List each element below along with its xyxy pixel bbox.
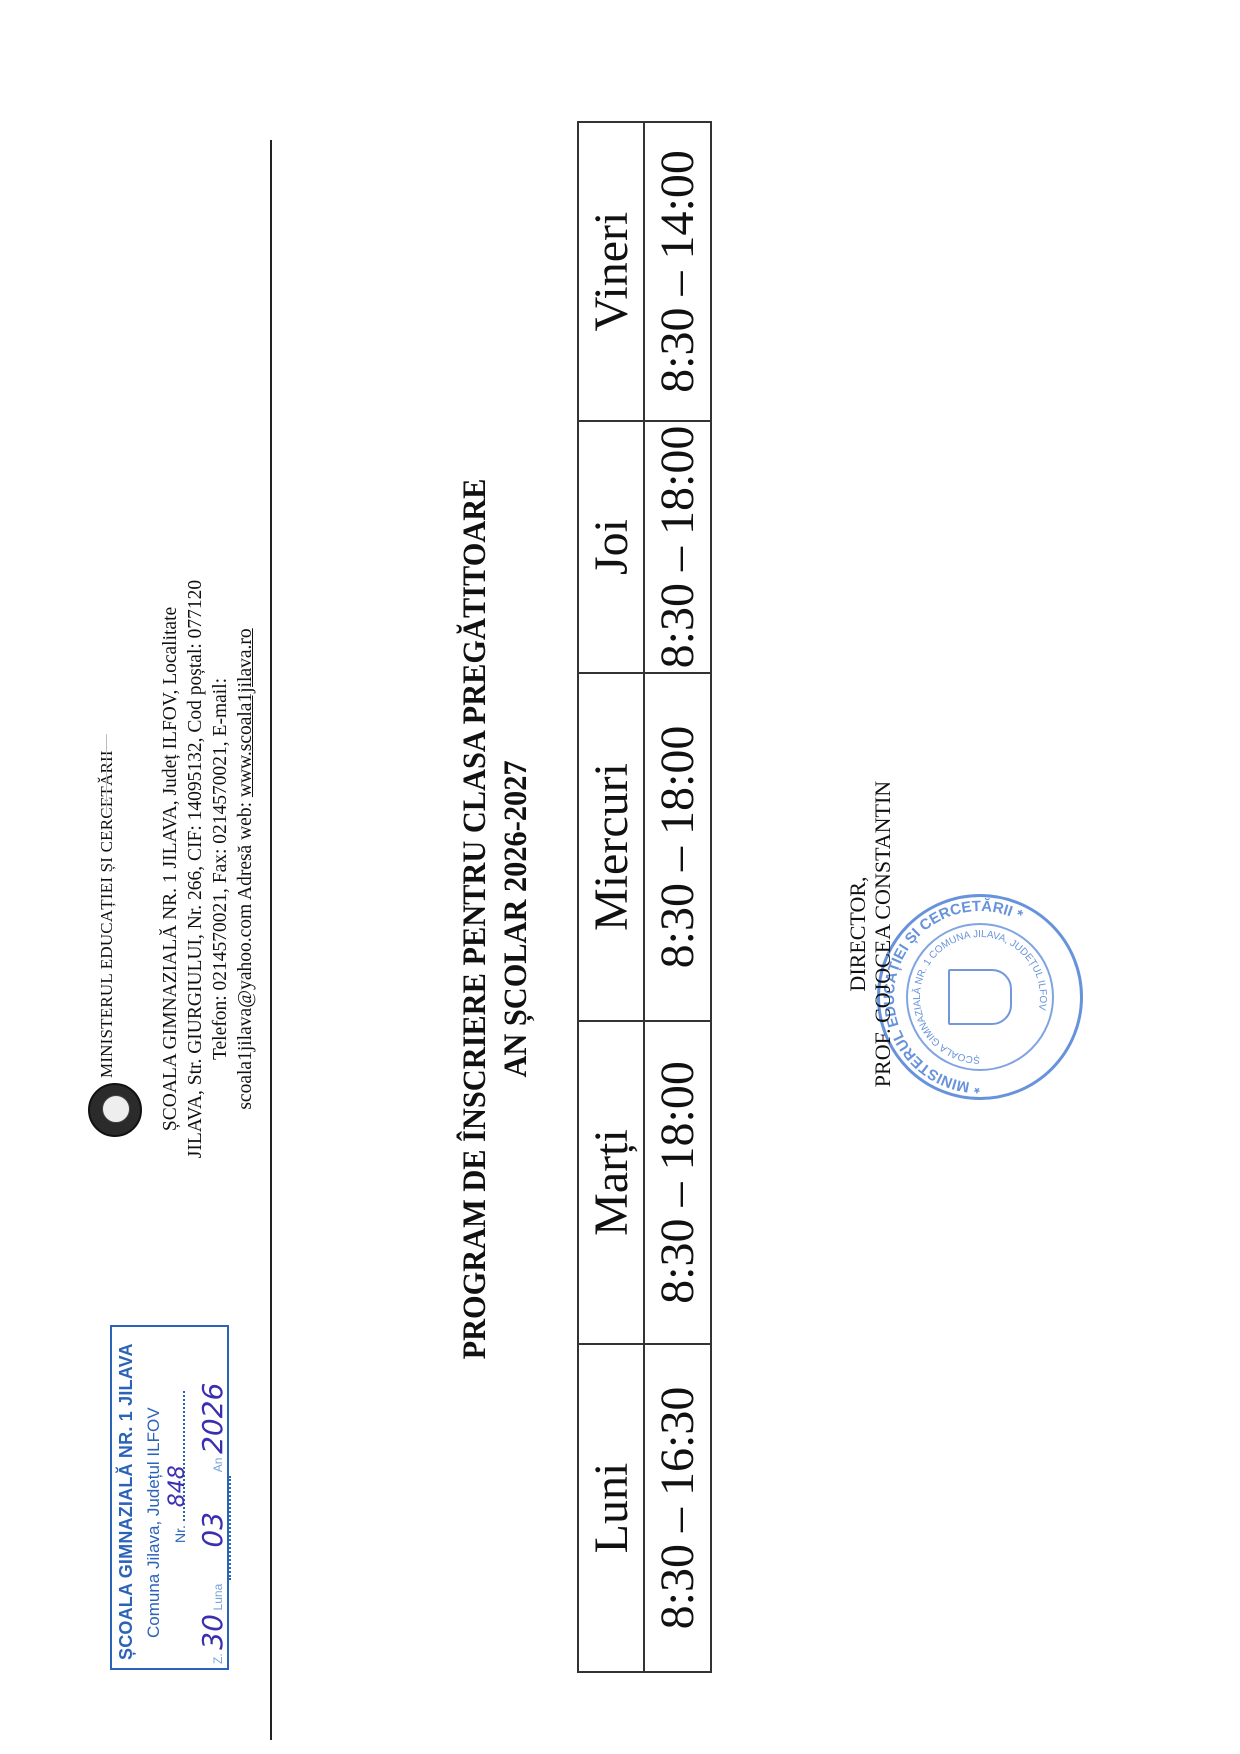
schedule-table: Luni Marți Miercuri Joi Vineri 8:30 – 16… bbox=[577, 121, 712, 1673]
signature-name: PROF. COJOCEA CONSTANTIN bbox=[870, 714, 895, 1154]
hours-cell: 8:30 – 16:30 bbox=[644, 1344, 711, 1672]
school-contact-line: Telefon: 0214570021, Fax: 0214570021, E-… bbox=[208, 284, 233, 1454]
svg-text:* MINISTERUL EDUCAȚIEI ȘI CERC: * MINISTERUL EDUCAȚIEI ȘI CERCETĂRII * bbox=[881, 898, 1025, 1096]
stamp-date-row: Z. 30 Luna 03 An 2026 bbox=[196, 1329, 231, 1664]
stamp-locality: Comuna Jilava, Județul ILFOV bbox=[144, 1407, 164, 1638]
stamp-year: 2026 bbox=[196, 1383, 229, 1454]
registration-stamp: ȘCOALA GIMNAZIALĂ NR. 1 JILAVA Comuna Ji… bbox=[110, 1325, 229, 1670]
email-text: scoala1jilava@yahoo.com Adresă web: bbox=[235, 797, 256, 1110]
document-title: PROGRAM DE ÎNSCRIERE PENTRU CLASA PREGĂT… bbox=[455, 335, 495, 1503]
hours-row: 8:30 – 16:30 8:30 – 18:00 8:30 – 18:00 8… bbox=[644, 122, 711, 1672]
stamp-year-label: An bbox=[211, 1458, 225, 1473]
hours-cell: 8:30 – 14:00 bbox=[644, 122, 711, 421]
hours-cell: 8:30 – 18:00 bbox=[644, 1021, 711, 1344]
government-logo-icon bbox=[88, 1083, 142, 1137]
stamp-nr-label: Nr. bbox=[172, 1525, 188, 1543]
document-subtitle: AN ȘCOLAR 2026-2027 bbox=[496, 335, 536, 1503]
ministry-name: MINISTERUL EDUCAȚIEI ȘI CERCETĂRII bbox=[97, 750, 117, 1078]
hours-cell: 8:30 – 18:00 bbox=[644, 421, 711, 673]
website-link[interactable]: www.scoala1jilava.ro bbox=[235, 628, 256, 797]
scan-artifact bbox=[106, 734, 107, 814]
stamp-nr-value: 848 bbox=[165, 1465, 190, 1507]
official-seal: * MINISTERUL EDUCAȚIEI ȘI CERCETĂRII * Ș… bbox=[877, 894, 1083, 1100]
stamp-day: 30 bbox=[196, 1614, 229, 1650]
day-cell: Luni bbox=[578, 1344, 644, 1672]
stamp-month-label: Luna bbox=[211, 1584, 225, 1611]
day-cell: Marți bbox=[578, 1021, 644, 1344]
hours-cell: 8:30 – 18:00 bbox=[644, 673, 711, 1021]
day-cell: Joi bbox=[578, 421, 644, 673]
day-cell: Vineri bbox=[578, 122, 644, 421]
day-cell: Miercuri bbox=[578, 673, 644, 1021]
stamp-number-row: Nr. 848 bbox=[172, 1391, 188, 1543]
school-email-line: scoala1jilava@yahoo.com Adresă web: www.… bbox=[233, 284, 258, 1454]
seal-text-ring: * MINISTERUL EDUCAȚIEI ȘI CERCETĂRII * Ș… bbox=[880, 897, 1080, 1097]
school-address-line: JILAVA, Str. GIURGIULUI, Nr. 266, CIF: 1… bbox=[183, 284, 208, 1454]
signature-role: DIRECTOR, bbox=[845, 714, 870, 1154]
stamp-month: 03 bbox=[196, 1512, 229, 1548]
stamp-date-prefix: Z. bbox=[211, 1653, 225, 1664]
svg-text:ȘCOALA GIMNAZIALĂ NR. 1 COMUNA: ȘCOALA GIMNAZIALĂ NR. 1 COMUNA JILAVA, J… bbox=[910, 929, 1048, 1065]
stamp-school-name: ȘCOALA GIMNAZIALĂ NR. 1 JILAVA bbox=[116, 1343, 137, 1660]
school-address-line: ȘCOALA GIMNAZIALĂ NR. 1 JILAVA, Județ IL… bbox=[158, 284, 183, 1454]
document-page: MINISTERUL EDUCAȚIEI ȘI CERCETĂRII ȘCOAL… bbox=[0, 0, 1240, 1754]
header-divider bbox=[270, 140, 272, 1740]
days-row: Luni Marți Miercuri Joi Vineri bbox=[578, 122, 644, 1672]
